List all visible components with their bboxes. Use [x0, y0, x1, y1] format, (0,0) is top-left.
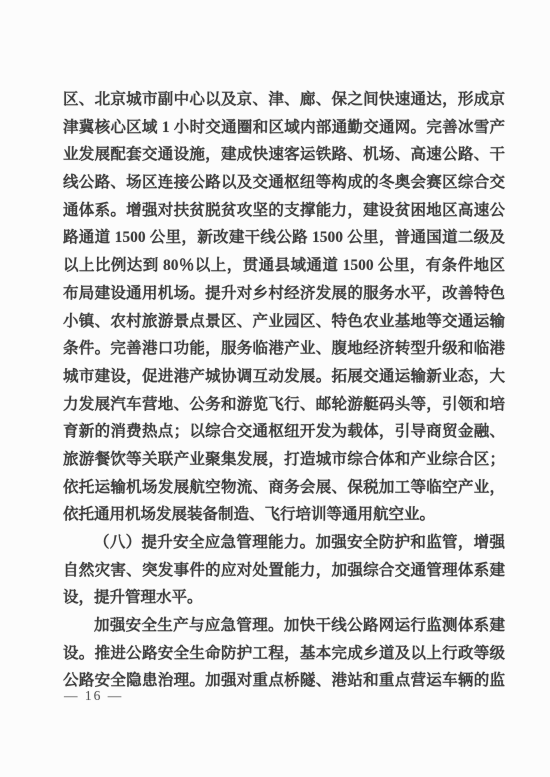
text-line: 设。推进公路安全生命防护工程，基本完成乡道及以上行政等级	[63, 640, 505, 668]
text-line: 区、北京城市副中心以及京、津、廊、保之间快速通达，形成京	[63, 86, 505, 114]
text-line: 条件。完善港口功能，服务临港产业、腹地经济转型升级和临港	[63, 335, 505, 363]
text-line: 城市建设，促进港产城协调互动发展。拓展交通运输新业态，大	[63, 363, 505, 391]
text-line: 自然灾害、突发事件的应对处置能力，加强综合交通管理体系建	[63, 557, 505, 585]
text-line: 小镇、农村旅游景点景区、产业园区、特色农业基地等交通运输	[63, 308, 505, 336]
text-line: 布局建设通用机场。提升对乡村经济发展的服务水平，改善特色	[63, 280, 505, 308]
text-line: 以上比例达到 80％以上，贯通县域通道 1500 公里，有条件地区	[63, 252, 505, 280]
text-line: 力发展汽车营地、公务和游览飞行、邮轮游艇码头等，引领和培	[63, 391, 505, 419]
text-line: 依托运输机场发展航空物流、商务会展、保税加工等临空产业，	[63, 474, 505, 502]
body-text: 区、北京城市副中心以及京、津、廊、保之间快速通达，形成京津冀核心区域 1 小时交…	[63, 86, 505, 695]
text-line: 公路安全隐患治理。加强对重点桥隧、港站和重点营运车辆的监	[63, 667, 505, 695]
page-number: — 16 —	[64, 688, 123, 704]
text-line: 育新的消费热点；以综合交通枢纽开发为载体，引导商贸金融、	[63, 418, 505, 446]
text-line: 旅游餐饮等关联产业聚集发展，打造城市综合体和产业综合区；	[63, 446, 505, 474]
document-page: 区、北京城市副中心以及京、津、廊、保之间快速通达，形成京津冀核心区域 1 小时交…	[0, 0, 550, 777]
text-line: （八）提升安全应急管理能力。加强安全防护和监管，增强	[63, 529, 505, 557]
text-line: 加强安全生产与应急管理。加快干线公路网运行监测体系建	[63, 612, 505, 640]
text-line: 设，提升管理水平。	[63, 584, 505, 612]
text-line: 线公路、场区连接公路以及交通枢纽等构成的冬奥会赛区综合交	[63, 169, 505, 197]
text-line: 津冀核心区域 1 小时交通圈和区域内部通勤交通网。完善冰雪产	[63, 114, 505, 142]
text-line: 路通道 1500 公里，新改建干线公路 1500 公里，普通国道二级及	[63, 224, 505, 252]
text-line: 业发展配套交通设施，建成快速客运铁路、机场、高速公路、干	[63, 141, 505, 169]
text-line: 通体系。增强对扶贫脱贫攻坚的支撑能力，建设贫困地区高速公	[63, 197, 505, 225]
text-line: 依托通用机场发展装备制造、飞行培训等通用航空业。	[63, 501, 505, 529]
